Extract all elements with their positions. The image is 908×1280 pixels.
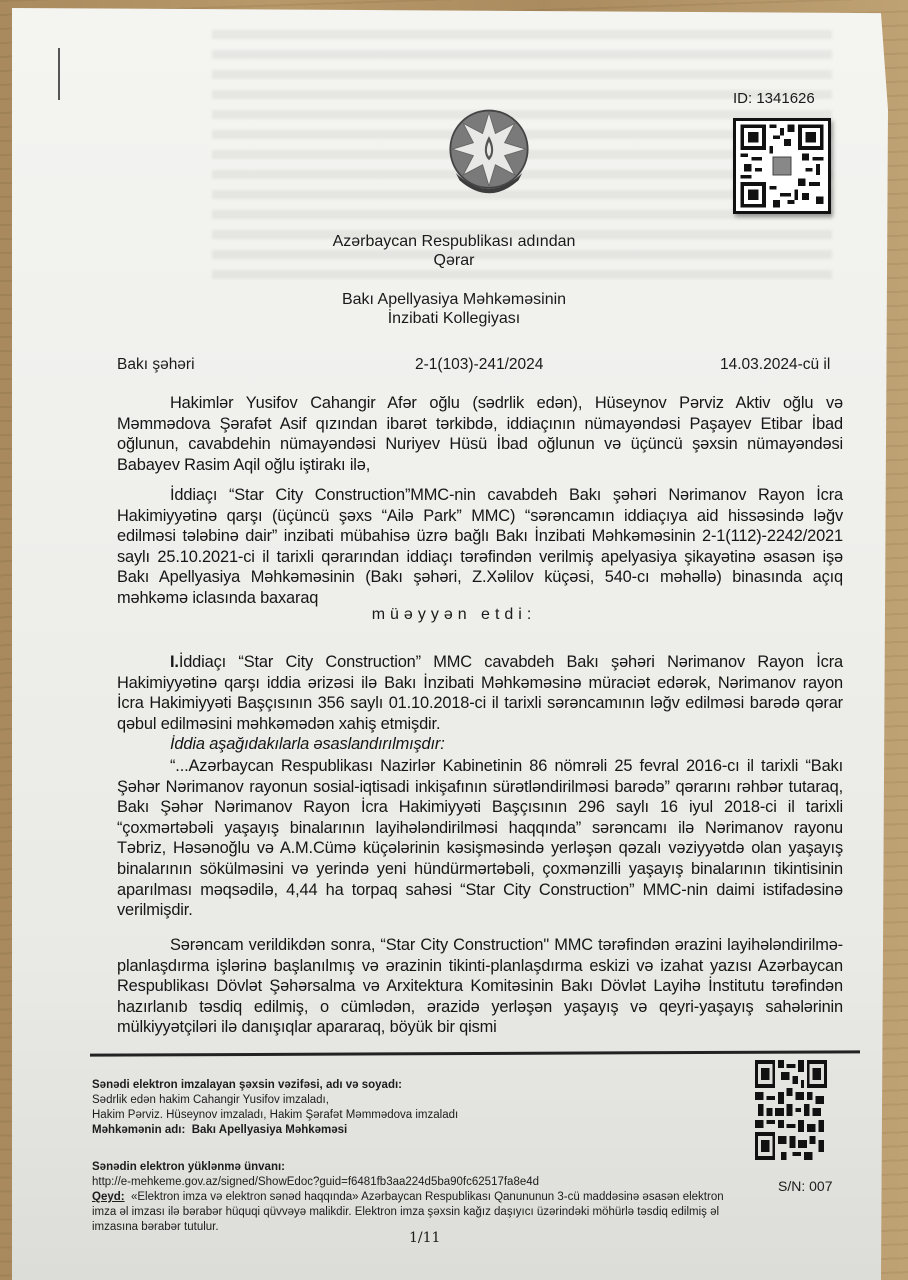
document-id: ID: 1341626 bbox=[733, 90, 815, 107]
signers-label: Sənədi elektron imzalayan şəxsin vəzifəs… bbox=[92, 1078, 458, 1093]
url-label: Sənədin elektron yüklənmə ünvanı: bbox=[92, 1160, 539, 1175]
city: Bakı şəhəri bbox=[117, 356, 195, 374]
court-name-line2: İnzibati Kollegiyası bbox=[0, 309, 908, 328]
note-label: Qeyd: bbox=[92, 1191, 125, 1203]
note-text: «Elektron imza və elektron sənəd haqqınd… bbox=[92, 1191, 724, 1233]
court-heading: Bakı Apellyasiya Məhkəməsinin İnzibati K… bbox=[0, 290, 908, 328]
continuation-paragraph: Sərəncam verildikdən sonra, “Star City C… bbox=[117, 935, 843, 1038]
page-number: 1/11 bbox=[409, 1230, 440, 1246]
signer-1: Sədrlik edən hakim Cahangir Yusifov imza… bbox=[92, 1093, 458, 1108]
claim-basis-intro: İddia aşağıdakılarla əsaslandırılmışdır: bbox=[117, 734, 843, 755]
case-number: 2-1(103)-241/2024 bbox=[415, 356, 543, 374]
heading-decision: Qərar bbox=[0, 251, 908, 270]
court-name-label: Məhkəmənin adı: bbox=[92, 1124, 185, 1136]
qr-code-icon bbox=[755, 1060, 827, 1160]
quote-paragraph: “...Azərbaycan Respublikası Nazirlər Kab… bbox=[117, 756, 843, 921]
binder-mark bbox=[58, 48, 60, 100]
claim-paragraph: İddiaçı “Star City Construction”MMC-nin … bbox=[117, 485, 843, 609]
decision-date: 14.03.2024-cü il bbox=[720, 356, 830, 374]
section-number: I. bbox=[170, 653, 179, 671]
court-name-line1: Bakı Apellyasiya Məhkəməsinin bbox=[0, 290, 908, 309]
state-emblem-icon bbox=[443, 105, 535, 201]
court-name-value: Bakı Apellyasiya Məhkəməsi bbox=[192, 1124, 348, 1136]
serial-number: S/N: 007 bbox=[778, 1178, 832, 1194]
section-1-paragraph: I.İddiaçı “Star City Construction” MMC c… bbox=[117, 652, 843, 755]
download-url[interactable]: http://e-mehkeme.gov.az/signed/ShowEdoc?… bbox=[92, 1175, 539, 1190]
legal-note: Qeyd: «Elektron imza və elektron sənəd h… bbox=[92, 1190, 742, 1235]
judges-paragraph: Hakimlər Yusifov Cahangir Afər oğlu (səd… bbox=[117, 393, 843, 475]
download-url-block: Sənədin elektron yüklənmə ünvanı: http:/… bbox=[92, 1160, 539, 1190]
established-heading: müəyyən etdi: bbox=[0, 606, 908, 624]
document-heading: Azərbaycan Respublikası adından Qərar bbox=[0, 232, 908, 270]
heading-republic: Azərbaycan Respublikası adından bbox=[0, 232, 908, 251]
signer-2: Hakim Pərviz. Hüseynov imzaladı, Hakim Ş… bbox=[92, 1108, 458, 1123]
qr-code-icon bbox=[733, 118, 831, 214]
signers-block: Sənədi elektron imzalayan şəxsin vəzifəs… bbox=[92, 1078, 458, 1138]
